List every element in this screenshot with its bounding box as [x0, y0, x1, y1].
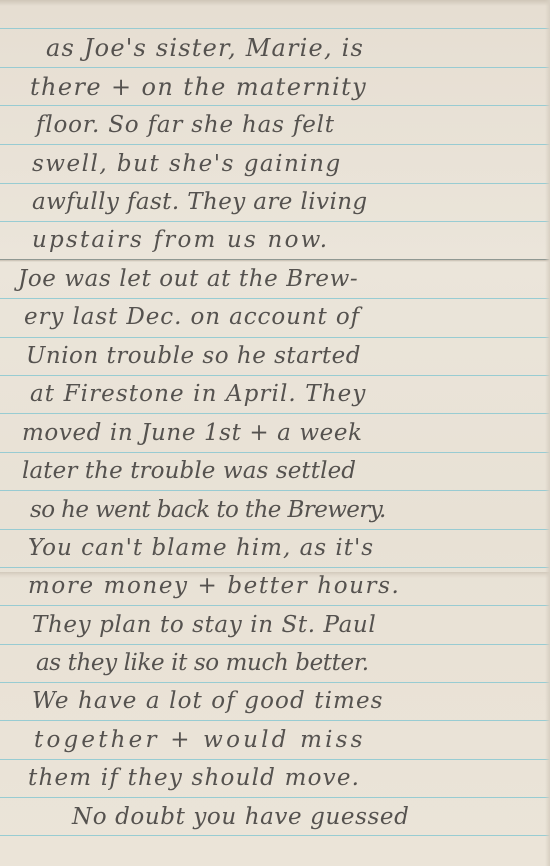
fold-crease — [0, 259, 550, 262]
handwritten-line: You can't blame him, as it's — [28, 535, 374, 561]
handwritten-line: upstairs from us now. — [32, 227, 329, 253]
ruled-line — [0, 413, 550, 414]
ruled-line — [0, 567, 550, 568]
handwritten-line: them if they should move. — [28, 765, 360, 791]
ruled-line — [0, 720, 550, 721]
handwritten-line: Joe was let out at the Brew- — [18, 266, 358, 292]
ruled-line — [0, 605, 550, 606]
ruled-line — [0, 375, 550, 376]
handwritten-line: at Firestone in April. They — [30, 381, 366, 407]
handwritten-line: as they like it so much better. — [36, 650, 369, 676]
letter-page: as Joe's sister, Marie, is there + on th… — [0, 0, 550, 866]
ruled-line — [0, 183, 550, 184]
ruled-line — [0, 144, 550, 145]
handwritten-line: moved in June 1st + a week — [22, 420, 363, 446]
ruled-line — [0, 529, 550, 530]
ruled-line — [0, 835, 550, 836]
ruled-line — [0, 644, 550, 645]
page-right-edge — [545, 0, 550, 866]
handwritten-line: swell, but she's gaining — [32, 151, 342, 177]
ruled-line — [0, 797, 550, 798]
handwritten-line: We have a lot of good times — [32, 688, 384, 714]
ruled-line — [0, 28, 550, 29]
page-top-edge — [0, 0, 550, 6]
ruled-line — [0, 221, 550, 222]
ruled-line — [0, 452, 550, 453]
handwritten-line: floor. So far she has felt — [36, 112, 335, 138]
handwritten-line: more money + better hours. — [28, 573, 400, 599]
ruled-line — [0, 682, 550, 683]
ruled-line — [0, 490, 550, 491]
ruled-line — [0, 337, 550, 338]
handwritten-line: They plan to stay in St. Paul — [32, 612, 376, 638]
handwritten-line: as Joe's sister, Marie, is — [46, 34, 364, 62]
handwritten-line: awfully fast. They are living — [32, 189, 368, 215]
ruled-line — [0, 105, 550, 106]
handwritten-line: No doubt you have guessed — [72, 804, 409, 830]
ruled-line — [0, 759, 550, 760]
ruled-line — [0, 298, 550, 299]
handwritten-line: Union trouble so he started — [26, 343, 361, 369]
handwritten-line: so he went back to the Brewery. — [30, 497, 386, 523]
handwritten-line: together + would miss — [34, 727, 366, 753]
ruled-line — [0, 67, 550, 68]
handwritten-line: later the trouble was settled — [22, 458, 356, 484]
handwritten-line: there + on the maternity — [30, 73, 367, 101]
handwritten-line: ery last Dec. on account of — [24, 304, 360, 330]
